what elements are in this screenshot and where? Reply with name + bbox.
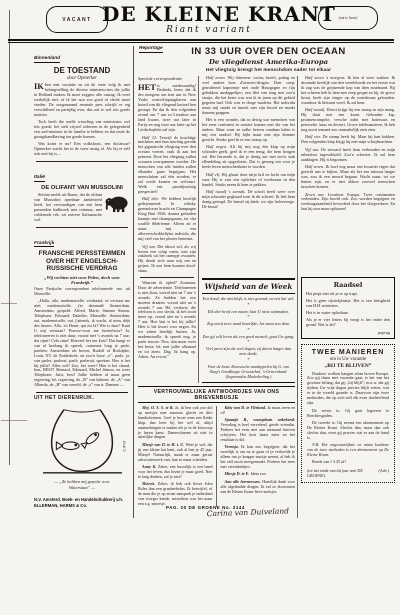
reply-addressee: Miesje D. te E. xyxy=(225,471,250,476)
article-paragraph: Wat komt er nu? Een volksfront, een dict… xyxy=(34,142,130,157)
section-divider xyxy=(36,161,128,162)
article-paragraph: Half twaalf 's avonds. De schoft heeft w… xyxy=(202,190,295,210)
article-intro: Onze Parijsche correspondent telefoneerd… xyxy=(34,287,130,297)
reply-item: Aan alle leeraressen. Hartelijk dank voo… xyxy=(221,480,296,495)
reply-item: Miesje D. te E. Idem zoo. xyxy=(221,472,296,477)
ad-subtitle: om in Uw vacantie xyxy=(307,357,389,362)
article-paragraph: Half 12. Terwijl de krachtige machines m… xyxy=(138,136,196,195)
ad-footer: (tot het einde van dit jaar; met DE GROE… xyxy=(307,468,389,478)
kicker-reportage: Reportage xyxy=(139,46,163,53)
article-paragraph: Toch heeft die snelle wisseling van mini… xyxy=(34,120,130,140)
cartoon-caption: — „Ze hebben mij gepolst voor Waterstaat… xyxy=(34,479,130,490)
article-paragraph: Half zeven 's morgens. Ik ben al weer wa… xyxy=(301,76,395,106)
raadsel-line: Het piept niet als je er op trapt. xyxy=(306,291,390,296)
margin-pencil-mark xyxy=(1,303,17,304)
section-divider xyxy=(36,227,128,228)
dropcap: IK xyxy=(34,83,44,90)
cartoonist-signature: CIPO xyxy=(122,441,126,452)
wijsheid-title: Wijsheid van de Week xyxy=(202,278,295,294)
article-deck: „Wij vechten niet voor Polen, doch voor … xyxy=(34,275,130,285)
reply-item: Mej. O. S. S. te R. Ja, ik ben ook zoo d… xyxy=(138,406,213,440)
raadsel-line: Als je er vier letters bij voegt is het … xyxy=(306,317,390,327)
section-divider xyxy=(140,277,194,278)
reportage-head: Reportage IN 33 UUR OVER DEN OCEAAN De v… xyxy=(138,46,399,72)
masthead-rule xyxy=(8,39,394,43)
cartoon-title: UIT HET DIERENRIJK. xyxy=(34,395,130,401)
ad-price: Reeds van f 3.25 af! xyxy=(307,460,389,465)
paragraph-text: Terwijl de krachtige machines met hun ma… xyxy=(138,135,196,194)
masthead: VACANT DE KLEINE KRANT Riant variant (om… xyxy=(0,0,400,44)
aphorism: Zoo gij wilt leven als een goed mensch, … xyxy=(202,334,295,339)
raadsel-line: Het is geen rijwielplaatje. Het is een b… xyxy=(306,298,390,308)
fransche-continuation-column: Waarom ik opbel? Zoomaar. Door de advert… xyxy=(138,277,196,383)
article-paragraph: Het is een wonder, dat in dertig uur men… xyxy=(202,118,295,143)
cartoon-block: UIT HET DIERENRIJK. CIPO — „Ze hebbe xyxy=(34,392,130,490)
raadsel-line: Het is in water oplosbaar. xyxy=(306,310,390,315)
olifant-body: Stefani meldt uit Rome, dat de olifant v… xyxy=(34,193,130,223)
article-paragraph: Waarom ik opbel? Zoomaar. Door de advert… xyxy=(138,281,196,360)
brievenbus-columns: Mej. O. S. S. te R. Ja, ik ben ook zoo d… xyxy=(138,406,295,507)
star-separator: * xyxy=(202,358,295,363)
article-paragraph: Half vier. De stomp heeft hij. Maar hij … xyxy=(301,135,395,145)
headline-olifant: DE OLIFANT VAN MUSSOLINI xyxy=(34,185,130,191)
scan-edge-line xyxy=(9,10,10,465)
star-separator: * xyxy=(202,303,295,308)
article-paragraph: Half elf. Hij gluurt door mijn bril en l… xyxy=(202,173,295,188)
star-separator: * xyxy=(202,340,295,345)
printer-credit: N.V. Amsterd. Boek- en Handelsdrukkerij … xyxy=(34,497,130,508)
reply-item: Miesje van D. te H. t. U. Weet je wel, d… xyxy=(138,443,213,463)
article-paragraph: Half zeven. Ik hoef nog maar een kwartie… xyxy=(301,165,395,190)
vacant-ad-box: VACANT xyxy=(46,6,108,33)
raadsel-box: Raadsel Het piept niet als je er op trap… xyxy=(301,277,395,339)
ad-paragraph: De eerste is: Gij gaat logeeren te Berch… xyxy=(307,409,389,419)
caption-line: Waterstaat” — xyxy=(69,485,95,490)
article-paragraph: „Hallo, allo, mademoiselle, verdraaid, z… xyxy=(34,299,130,388)
cartoon-rule xyxy=(36,392,128,393)
dropcap: HET xyxy=(138,84,156,91)
page-footer: PAG. 20 DE GROENE No. 3144 xyxy=(166,505,245,510)
paragraph-text: ben met vacantie en uit de verte volg ik… xyxy=(34,82,130,117)
abonnement-ad-box: TWEE MANIEREN om in Uw vacantie „BIJ TE … xyxy=(301,344,395,483)
fishbowl-cartoon xyxy=(38,403,126,479)
adv-marker: (Adv.) xyxy=(378,468,389,478)
reportage-column-c: Half zeven 's morgens. Ik ben al weer wa… xyxy=(297,76,395,277)
main-section: Reportage IN 33 UUR OVER DEN OCEAAN De v… xyxy=(133,46,399,518)
paragraph-text: Die idioot wil, als wij boven een schip … xyxy=(138,244,196,274)
paragraph-text: Ik ben al weer wakker. Ik droomde heerli… xyxy=(301,75,395,105)
headline-line: OVER HET ENGELSCH- xyxy=(46,258,118,265)
article-paragraph: HET is merkwaardig! Bedenkt, lezer, dat … xyxy=(138,84,196,134)
reportage-column-b: Half zeven. Wij dineeren: caviar, kreeft… xyxy=(198,76,295,277)
article-paragraph: IK ben met vacantie en uit de verte volg… xyxy=(34,83,130,118)
left-column: Binnenland DE TOESTAND door Opmerker IK … xyxy=(34,46,130,508)
headline-de-toestand: DE TOESTAND xyxy=(34,66,130,75)
paragraph-text: Het is een wonder, dat in dertig uur men… xyxy=(202,117,295,142)
newspaper-title: DE KLEINE KRANT xyxy=(102,2,316,26)
aphorism: Elk dier heeft een naam; laat U niets wi… xyxy=(202,309,295,314)
deck-vliegtuig: Het vliegtuig brengt het menschdom nader… xyxy=(138,67,399,72)
kicker-italie: Italië xyxy=(34,175,45,182)
article-paragraph: Half negen. Als hij mij nog één klap op … xyxy=(202,145,295,170)
aphorism: Veel jaren zijn als veel dagen; zij dure… xyxy=(202,346,295,356)
ad-paragraph: De tweede is: Gij neemt een abonnement o… xyxy=(307,421,389,441)
reply-item: Sjaantje R., woonplaats onbekend. Vervel… xyxy=(221,418,296,443)
reply-item: Anny K. Zeker, een huwelijk is een band … xyxy=(138,465,213,480)
reportage-column-a: Speciale correspondentie HET is merkwaar… xyxy=(138,76,196,277)
brievenbus-section: VERTROUWELIJKE ANTWOORDJES VAN ONS BRIEV… xyxy=(138,383,295,518)
kicker-binnenland: Binnenland xyxy=(34,56,60,63)
kicker-frankrijk: Frankrijk xyxy=(34,241,54,248)
ad-title: TWEE MANIEREN xyxy=(307,349,389,356)
main-grid: Speciale correspondentie HET is merkwaar… xyxy=(138,76,399,518)
ad-paragraph: Donkere wolken hangen alom boven Europa.… xyxy=(307,372,389,407)
right-rail: Raadsel Het piept niet als je er op trap… xyxy=(297,277,395,518)
ad-subtitle-quote: „BIJ TE BLIJVEN” xyxy=(307,363,389,369)
star-separator: * xyxy=(202,315,295,320)
correspondence-note: Speciale correspondentie xyxy=(138,76,196,81)
ad-footnote: (tot het einde van dit jaar; met DE GROE… xyxy=(307,468,378,478)
margin-pencil-mark xyxy=(1,420,27,421)
reply-item: Veronja. Ik kan zoo begrijpen, dat het m… xyxy=(221,445,296,470)
aphorism: Zeg nooit twee maal hetzelfde; het staat… xyxy=(202,321,295,326)
subhead-vliegdienst: De vliegdienst Amerika-Europa xyxy=(138,58,399,66)
article-paragraph: Vijf uur. Die idioot wil, als wij boven … xyxy=(138,245,196,275)
headline-fransche-persstemmen: FRANSCHE PERSSTEMMEN OVER HET ENGELSCH- … xyxy=(34,250,130,273)
article-paragraph: Half drie. We hebben heerlijk gedejeunee… xyxy=(138,197,196,242)
newspaper-subtitle: Riant variant xyxy=(102,25,316,35)
reply-item: Mavvie. Zeker, ik heb ook liever John Bo… xyxy=(138,482,213,507)
byline: door Opmerker xyxy=(34,76,130,81)
aphorism: Een hond, die niet blaft, is niet gezond… xyxy=(202,296,295,301)
aphorism-advertisement: Voor de beste Zeeuwsche aardappelen bij … xyxy=(202,364,295,379)
article-paragraph: Half twaalf. Direct krijgt hij een stomp… xyxy=(301,108,395,133)
paragraph-text: We hebben heerlijk gedejeuneerd. In whis… xyxy=(138,196,196,241)
headline-line: FRANSCHE PERSSTEMMEN xyxy=(39,250,126,257)
reply-text: Verveling is heel vervelend, goede vrien… xyxy=(221,422,296,442)
paragraph-text: Wij dineeren: caviar, kreeft, paling en … xyxy=(202,75,295,115)
caption-line: — „Ze hebben mij gepolst voor xyxy=(54,479,109,484)
ad-nb-note: N.B. Het ongevaarlijkste en minst kostba… xyxy=(307,443,389,457)
reply-text: Idem zoo. xyxy=(250,471,266,476)
raadsel-answer: puprug xyxy=(306,330,390,335)
newspaper-page: VACANT DE KLEINE KRANT Riant variant (om… xyxy=(0,0,400,615)
reply-item: Kitty van D. te Vlieland. Ja maar, neen … xyxy=(221,406,296,416)
reply-addressee: Kitty van D. te Vlieland. xyxy=(225,405,266,410)
corner-note-box: (om te lezen) xyxy=(318,6,378,30)
brievenbus-header: VERTROUWELIJKE ANTWOORDJES VAN ONS BRIEV… xyxy=(138,386,295,403)
wijsheid-panel: Wijsheid van de Week Een hond, die niet … xyxy=(198,277,295,383)
article-paragraph: Zeven uur. Lissabon: Europa. Twee contin… xyxy=(301,193,395,213)
headline-oceaan: IN 33 UUR OVER DEN OCEAAN xyxy=(138,46,399,57)
corner-note: (om te lezen) xyxy=(339,16,358,20)
article-paragraph: Vijf uur. De steward heeft hem verbonden… xyxy=(301,148,395,163)
reply-text: Ja, ik ben ook zoo dol op meisjes met ma… xyxy=(138,405,213,439)
star-separator: * xyxy=(202,328,295,333)
vacant-label: VACANT xyxy=(62,17,91,23)
article-paragraph: Half zeven. Wij dineeren: caviar, kreeft… xyxy=(202,76,295,116)
headline-line: RUSSISCHE VERDRAG xyxy=(46,265,117,272)
raadsel-title: Raadsel xyxy=(306,281,390,289)
elephant-illustration xyxy=(104,194,130,213)
